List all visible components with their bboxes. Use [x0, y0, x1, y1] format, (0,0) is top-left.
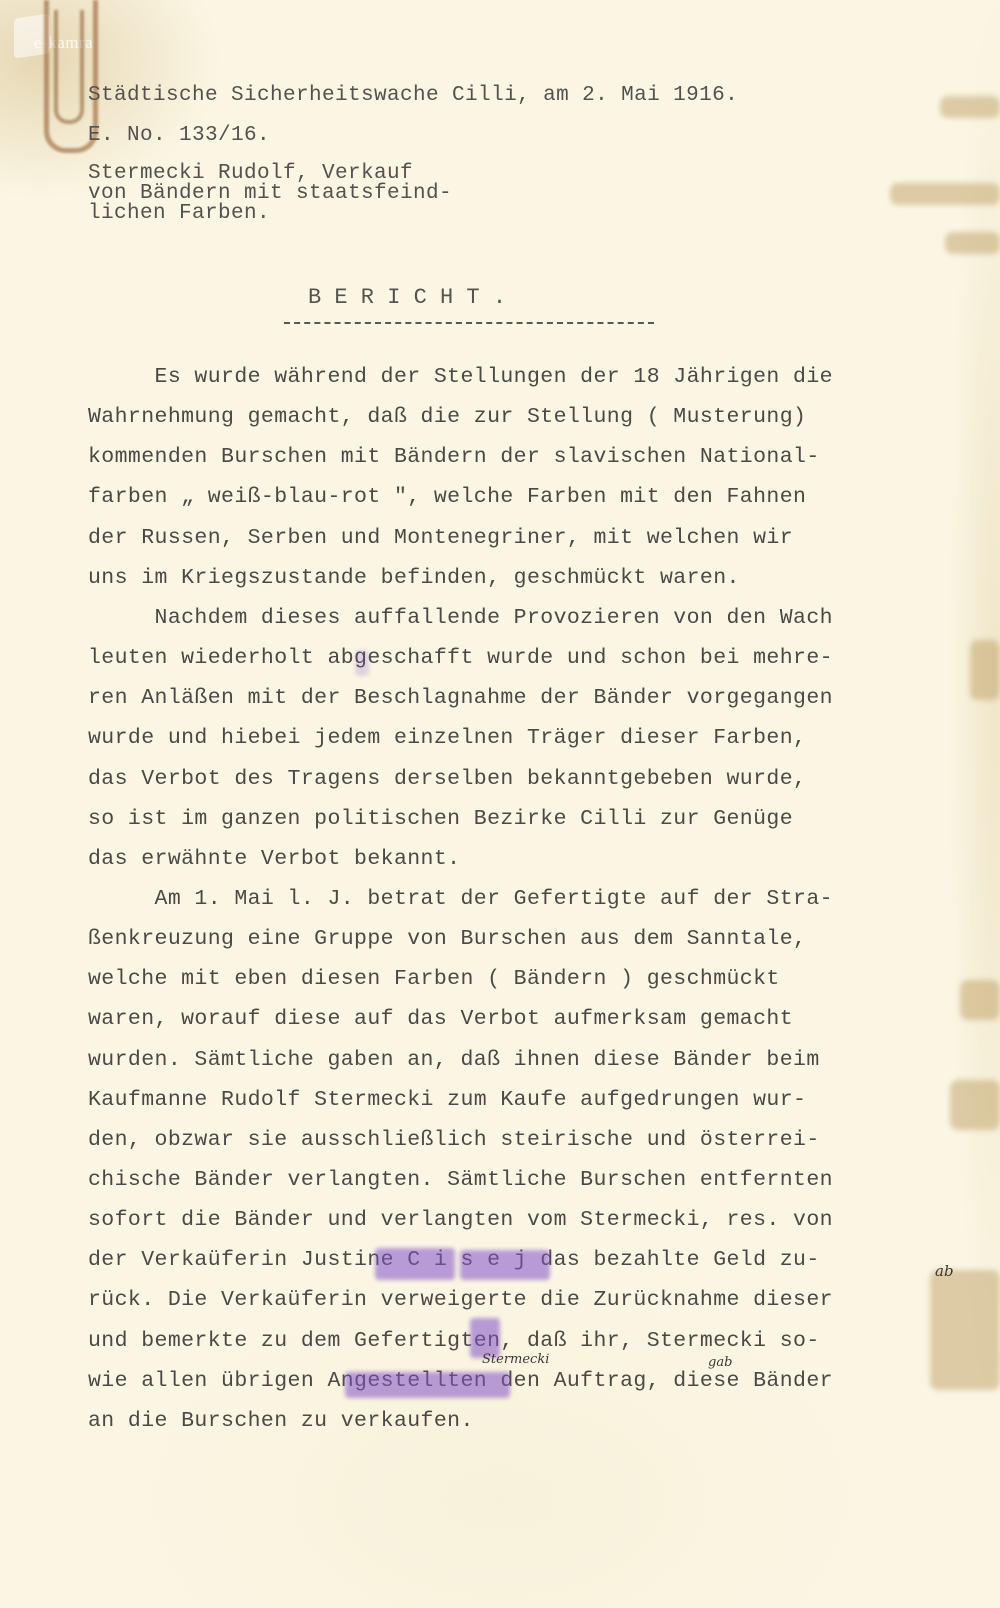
- body-line: wurde und hiebei jedem einzelnen Träger …: [88, 726, 806, 750]
- margin-mark: ab: [935, 1262, 954, 1280]
- body-line: leuten wiederholt abgeschafft wurde und …: [88, 646, 833, 670]
- body-line: chische Bänder verlangten. Sämtliche Bur…: [88, 1168, 833, 1192]
- handwritten-annotation: gab: [708, 1355, 732, 1370]
- body-line: rück. Die Verkaüferin verweigerte die Zu…: [88, 1288, 833, 1312]
- body-line: Es wurde während der Stellungen der 18 J…: [88, 365, 833, 389]
- body-line: farben „ weiß-blau-rot ", welche Farben …: [88, 485, 806, 509]
- edge-stain: [950, 1080, 1000, 1130]
- office-date-line: Städtische Sicherheitswache Cilli, am 2.…: [88, 84, 738, 107]
- body-line: ßenkreuzung eine Gruppe von Burschen aus…: [88, 927, 806, 951]
- body-line: so ist im ganzen politischen Bezirke Cil…: [88, 807, 793, 831]
- subject-line-2: von Bändern mit staatsfeind-: [88, 184, 452, 203]
- document-title: B E R I C H T .: [308, 285, 506, 310]
- title-underline: [284, 322, 654, 324]
- edge-stain: [970, 640, 1000, 700]
- paperclip-rust-stain-inner: [54, 10, 84, 124]
- body-line: waren, worauf diese auf das Verbot aufme…: [88, 1007, 793, 1031]
- body-line: uns im Kriegszustande befinden, geschmüc…: [88, 566, 740, 590]
- edge-stain: [945, 232, 1000, 254]
- subject-line-3: lichen Farben.: [88, 204, 270, 223]
- edge-stain: [940, 96, 1000, 118]
- body-line: wurden. Sämtliche gaben an, daß ihnen di…: [88, 1048, 820, 1072]
- body-line: das erwähnte Verbot bekannt.: [88, 847, 460, 871]
- edge-stain: [890, 183, 1000, 205]
- body-line: ren Anläßen mit der Beschlagnahme der Bä…: [88, 686, 833, 710]
- edge-stain: [960, 980, 1000, 1020]
- purple-ink-mark: [355, 650, 369, 676]
- body-line: Nachdem dieses auffallende Provozieren v…: [88, 606, 833, 630]
- purple-ink-mark: [375, 1248, 455, 1280]
- body-line: an die Burschen zu verkaufen.: [88, 1409, 474, 1433]
- body-line: Kaufmanne Rudolf Stermecki zum Kaufe auf…: [88, 1088, 806, 1112]
- body-line: kommenden Burschen mit Bändern der slavi…: [88, 445, 820, 469]
- reference-number: E. No. 133/16.: [88, 124, 270, 147]
- body-line: das Verbot des Tragens derselben bekannt…: [88, 767, 806, 791]
- handwritten-annotation: Stermecki: [482, 1352, 549, 1367]
- body-line: den, obzwar sie ausschließlich steirisch…: [88, 1128, 820, 1152]
- document-page: e-kamra Städtische Sicherheitswache Cill…: [0, 0, 1000, 1608]
- body-line: Am 1. Mai l. J. betrat der Gefertigte au…: [88, 887, 833, 911]
- edge-stain: [930, 1270, 1000, 1390]
- body-line: sofort die Bänder und verlangten vom Ste…: [88, 1208, 833, 1232]
- body-line: der Russen, Serben und Montenegriner, mi…: [88, 526, 793, 550]
- body-line: und bemerkte zu dem Gefertigten, daß ihr…: [88, 1329, 820, 1353]
- purple-ink-mark: [345, 1372, 510, 1398]
- body-line: Wahrnehmung gemacht, daß die zur Stellun…: [88, 405, 806, 429]
- purple-ink-mark: [460, 1250, 550, 1280]
- subject-line-1: Stermecki Rudolf, Verkauf: [88, 164, 413, 183]
- body-line: welche mit eben diesen Farben ( Bändern …: [88, 967, 780, 991]
